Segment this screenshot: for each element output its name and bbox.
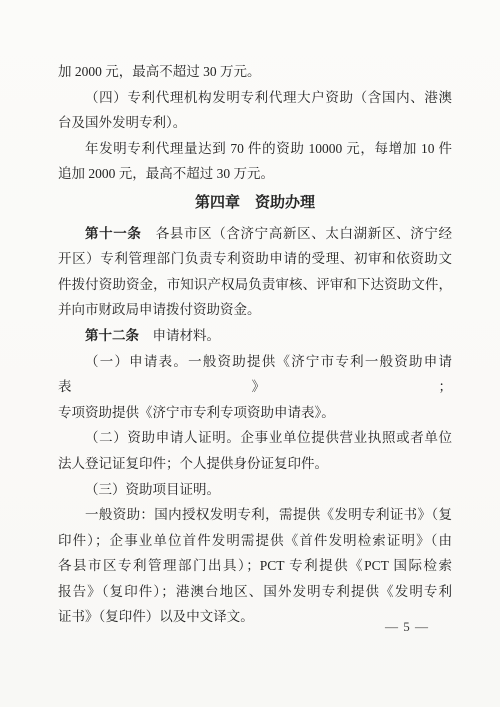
body-line: 一般资助：国内授权发明专利，需提供《发明专利证书》（复 [58,502,452,528]
body-line: 法人登记证复印件；个人提供身份证复印件。 [58,451,452,477]
body-line: 专项资助提供《济宁市专利专项资助申请表》。 [58,400,452,426]
article-number: 第十二条 [85,328,139,343]
body-line: （三）资助项目证明。 [58,477,452,503]
body-line: 各县市区专利管理部门出具）；PCT 专利提供《PCT 国际检索 [58,553,452,579]
body-line: 台及国外发明专利）。 [58,110,452,136]
body-line: （二）资助申请人证明。企事业单位提供营业执照或者单位 [58,425,452,451]
body-line-text: 各县市区（含济宁高新区、太白湖新区、济宁经 [142,226,452,241]
body-line: 追加 2000 元，最高不超过 30 万元。 [58,161,452,187]
body-line: 开区）专利管理部门负责专利资助申请的受理、初审和依资助文 [58,246,452,272]
document-body: 加 2000 元，最高不超过 30 万元。 （四）专利代理机构发明专利代理大户资… [58,59,452,630]
body-line: 并向市财政局申请拨付资助资金。 [58,297,452,323]
body-line: 印件）；企事业单位首件发明需提供《首件发明检索证明》（由 [58,528,452,554]
body-line: 报告》（复印件）；港澳台地区、国外发明专利提供《发明专利 [58,579,452,605]
body-line: 第十二条 申请材料。 [58,323,452,349]
body-line: 第十一条 各县市区（含济宁高新区、太白湖新区、济宁经 [58,221,452,247]
body-line: 件拨付资助资金，市知识产权局负责审核、评审和下达资助文件， [58,272,452,298]
body-line: （四）专利代理机构发明专利代理大户资助（含国内、港澳 [58,85,452,111]
article-number: 第十一条 [85,226,142,241]
body-line-text: 申请材料。 [139,328,220,343]
chapter-heading: 第四章 资助办理 [58,191,452,217]
body-line: （一）申请表。一般资助提供《济宁市专利一般资助申请表》； [58,349,452,400]
page-number: — 5 — [385,619,429,635]
scanned-document-page: 加 2000 元，最高不超过 30 万元。 （四）专利代理机构发明专利代理大户资… [0,0,500,707]
body-line: 加 2000 元，最高不超过 30 万元。 [58,59,452,85]
body-line: 年发明专利代理量达到 70 件的资助 10000 元，每增加 10 件 [58,136,452,162]
